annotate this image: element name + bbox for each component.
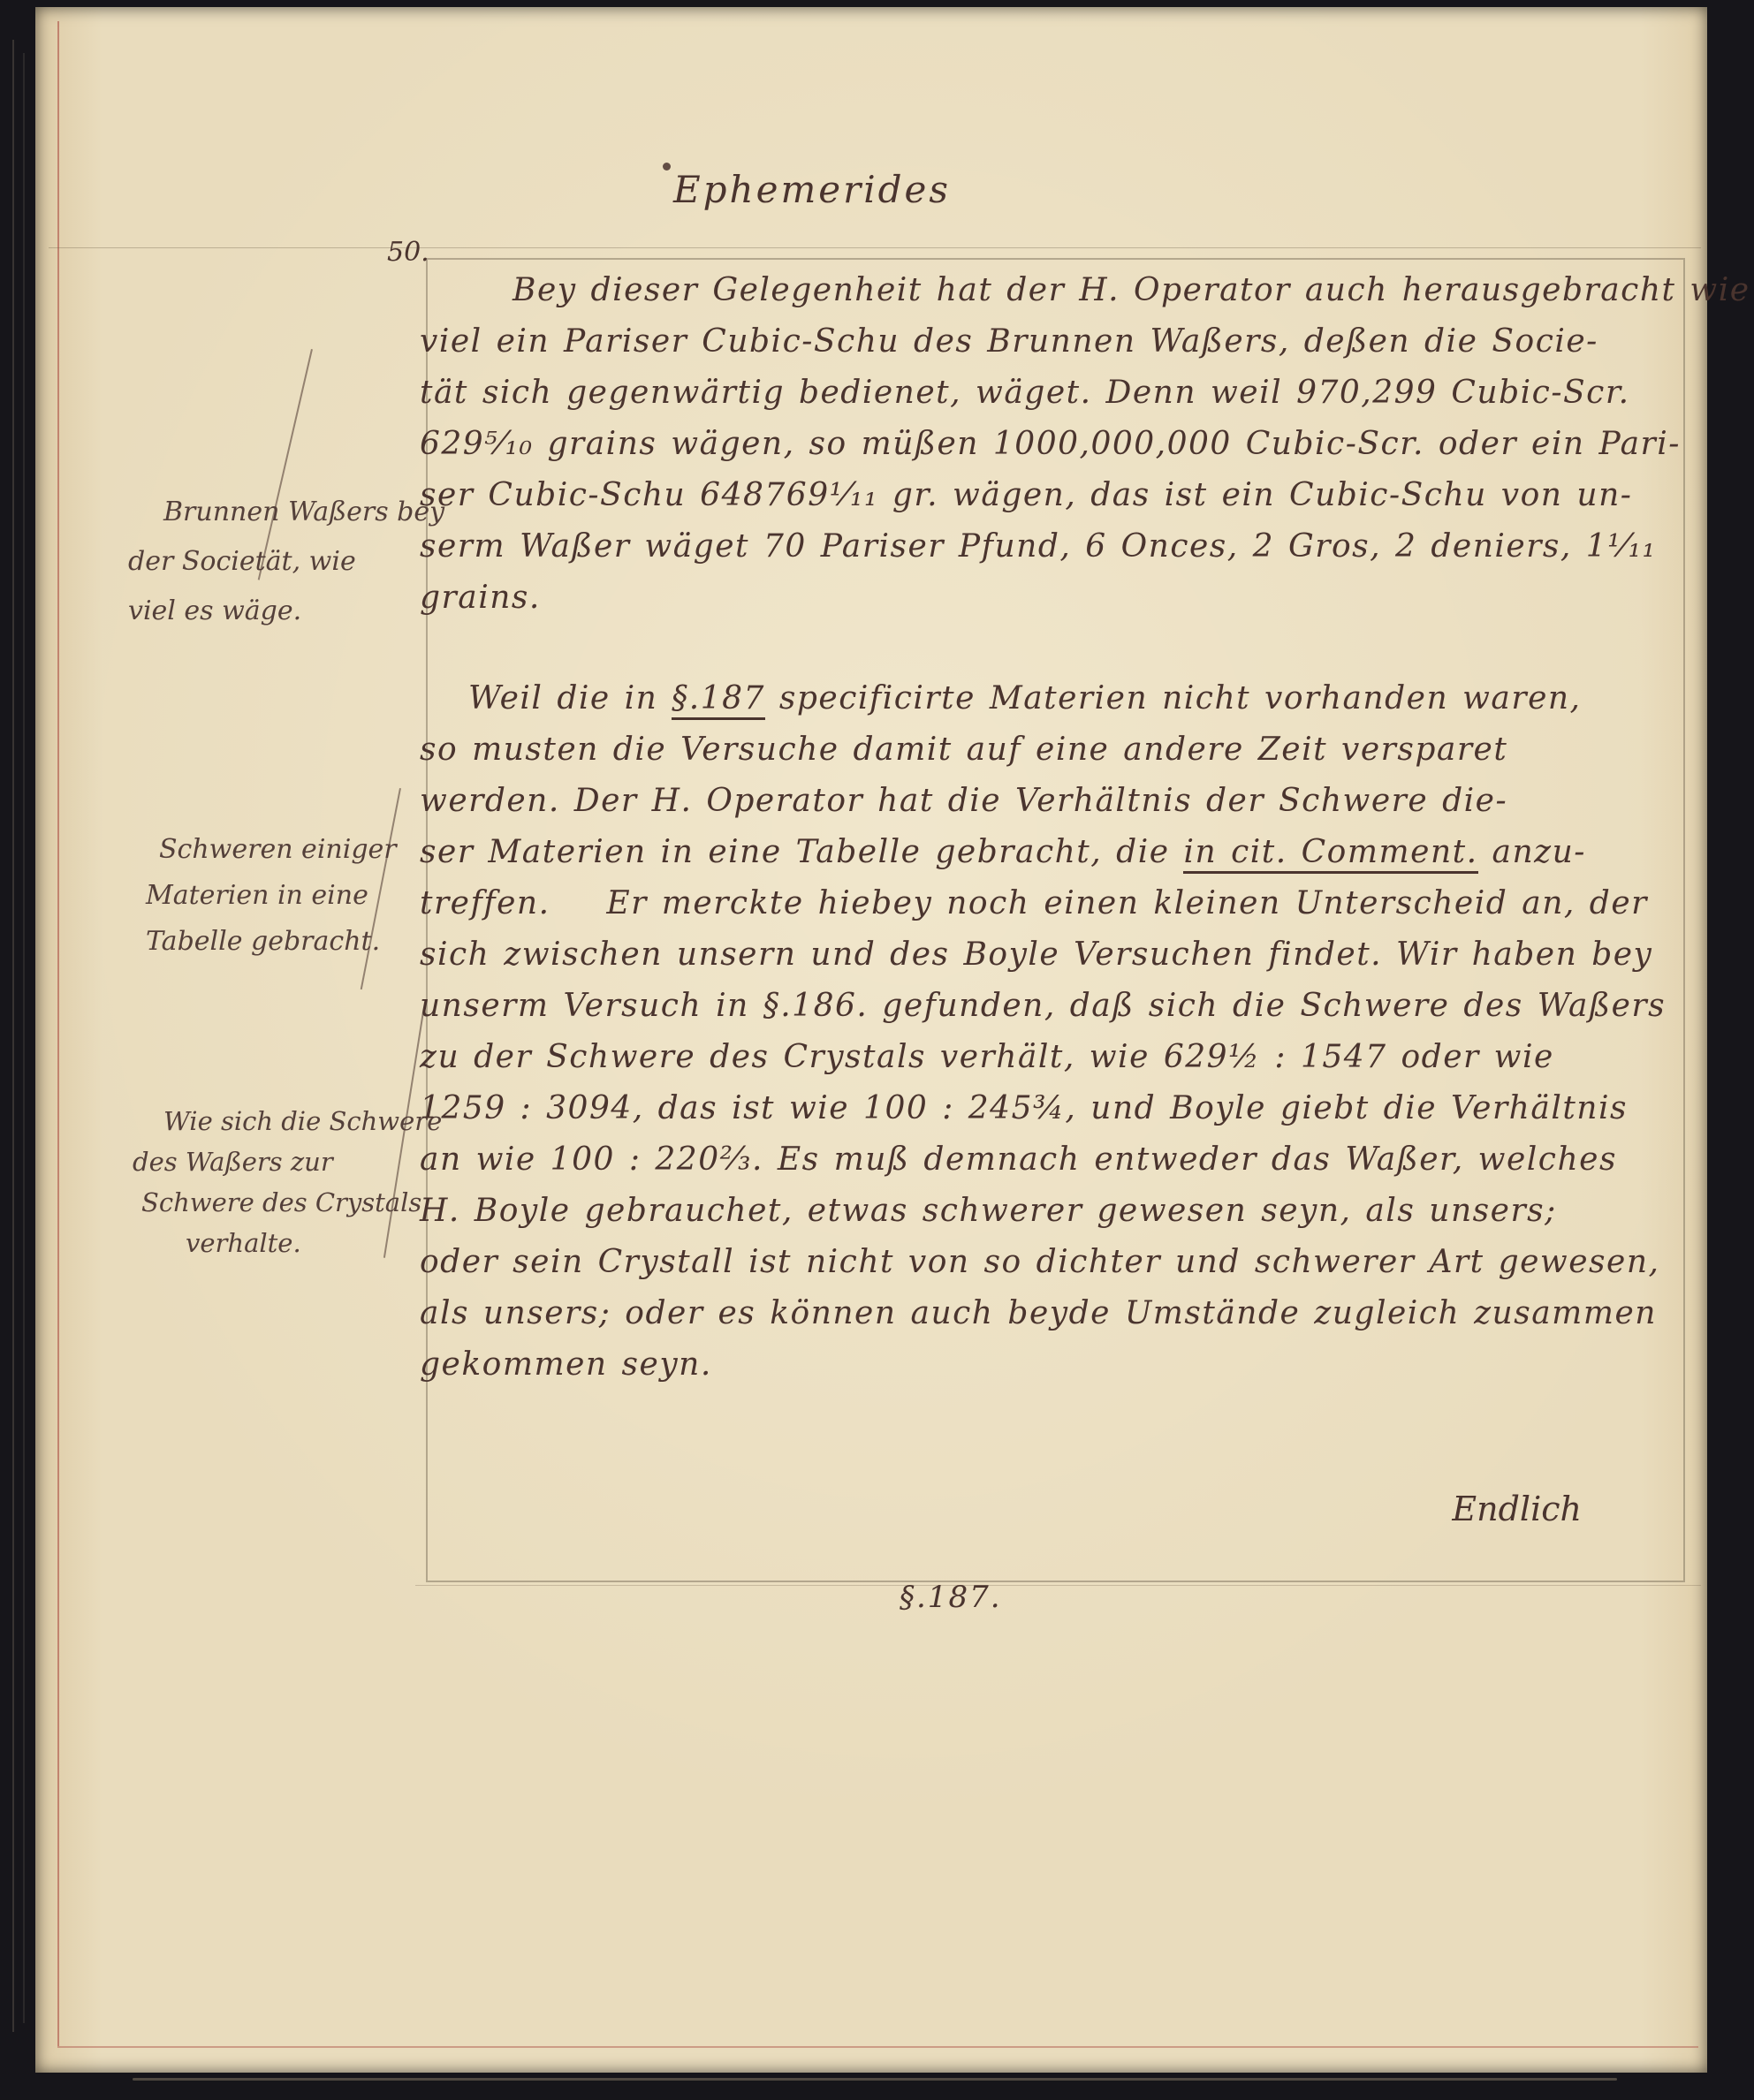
margin-note-line: Schwere des Crystals bbox=[133, 1182, 442, 1223]
text-line: Weil die in §.187 specificirte Materien … bbox=[420, 673, 1685, 724]
text-segment: anzu- bbox=[1478, 834, 1586, 870]
margin-note-line: Schweren einiger bbox=[146, 827, 397, 873]
text-line: 629⁵⁄₁₀ grains wägen, so müßen 1000,000,… bbox=[420, 419, 1685, 470]
text-line: oder sein Crystall ist nicht von so dich… bbox=[420, 1237, 1685, 1288]
text-segment: ser Materien in eine Tabelle gebracht, d… bbox=[420, 834, 1183, 870]
paragraph-water-weight: Bey dieser Gelegenheit hat der H. Operat… bbox=[420, 265, 1685, 624]
footer-section-mark: §.187. bbox=[900, 1580, 1002, 1615]
text-line: als unsers; oder es können auch beyde Um… bbox=[420, 1288, 1685, 1339]
text-line: sich zwischen unsern und des Boyle Versu… bbox=[420, 929, 1685, 981]
margin-note-line: Brunnen Waßers bey bbox=[128, 488, 444, 537]
margin-note-line: Wie sich die Schwere bbox=[133, 1101, 442, 1141]
text-line: zu der Schwere des Crystals verhält, wie… bbox=[420, 1032, 1685, 1083]
margin-note-line: Tabelle gebracht. bbox=[146, 919, 397, 965]
margin-note-line: des Waßers zur bbox=[133, 1141, 442, 1182]
paper-crease-top bbox=[49, 247, 1701, 248]
text-line: viel ein Pariser Cubic-Schu des Brunnen … bbox=[420, 316, 1685, 368]
underlying-sheet-edge bbox=[133, 2078, 1617, 2081]
catchword: Endlich bbox=[1378, 1490, 1582, 1528]
red-margin-rule-horizontal bbox=[57, 2046, 1698, 2048]
ink-dot bbox=[663, 163, 671, 171]
margin-note-line: der Societät, wie bbox=[128, 537, 444, 587]
margin-note-line: Materien in eine bbox=[146, 873, 397, 919]
text-line: ser Materien in eine Tabelle gebracht, d… bbox=[420, 827, 1685, 878]
margin-note-schwere-verhaeltnis: Wie sich die Schwere des Waßers zur Schw… bbox=[133, 1101, 442, 1263]
text-line: H. Boyle gebrauchet, etwas schwerer gewe… bbox=[420, 1186, 1685, 1237]
margin-note-line: verhalte. bbox=[133, 1223, 442, 1263]
text-segment: Weil die in bbox=[468, 680, 672, 716]
text-line: tät sich gegenwärtig bedienet, wäget. De… bbox=[420, 368, 1685, 419]
margin-note-brunnen-wasser: Brunnen Waßers bey der Societät, wie vie… bbox=[128, 488, 444, 636]
sheet-edge-line bbox=[12, 40, 14, 2032]
text-line: Bey dieser Gelegenheit hat der H. Operat… bbox=[420, 265, 1685, 316]
text-line: so musten die Versuche damit auf eine an… bbox=[420, 724, 1685, 776]
text-line: gekommen seyn. bbox=[420, 1339, 1685, 1391]
text-line: 1259 : 3094, das ist wie 100 : 245¾, und… bbox=[420, 1083, 1685, 1134]
text-line: grains. bbox=[420, 572, 1685, 624]
underlined-reference: in cit. Comment. bbox=[1183, 834, 1477, 874]
text-line: unserm Versuch in §.186. gefunden, daß s… bbox=[420, 981, 1685, 1032]
sheet-edge-line bbox=[23, 53, 25, 2023]
paper-crease-bottom bbox=[415, 1585, 1701, 1586]
text-line: werden. Der H. Operator hat die Verhältn… bbox=[420, 776, 1685, 827]
red-margin-rule-vertical bbox=[57, 21, 59, 2046]
margin-note-line: viel es wäge. bbox=[128, 587, 444, 636]
text-segment: specificirte Materien nicht vorhanden wa… bbox=[765, 680, 1582, 716]
underlined-reference: §.187 bbox=[672, 680, 765, 720]
running-title: Ephemerides bbox=[673, 168, 951, 211]
margin-note-tabelle: Schweren einiger Materien in eine Tabell… bbox=[146, 827, 397, 965]
paragraph-crystal-ratio: Weil die in §.187 specificirte Materien … bbox=[420, 673, 1685, 1391]
text-line: treffen. Er merckte hiebey noch einen kl… bbox=[420, 878, 1685, 929]
text-line: an wie 100 : 220⅔. Es muß demnach entwed… bbox=[420, 1134, 1685, 1186]
folio-number: 50. bbox=[387, 237, 429, 268]
manuscript-scan: Ephemerides 50. Brunnen Waßers bey der S… bbox=[0, 0, 1754, 2100]
text-line: ser Cubic-Schu 648769¹⁄₁₁ gr. wägen, das… bbox=[420, 470, 1685, 521]
text-line: serm Waßer wäget 70 Pariser Pfund, 6 Onc… bbox=[420, 521, 1685, 572]
